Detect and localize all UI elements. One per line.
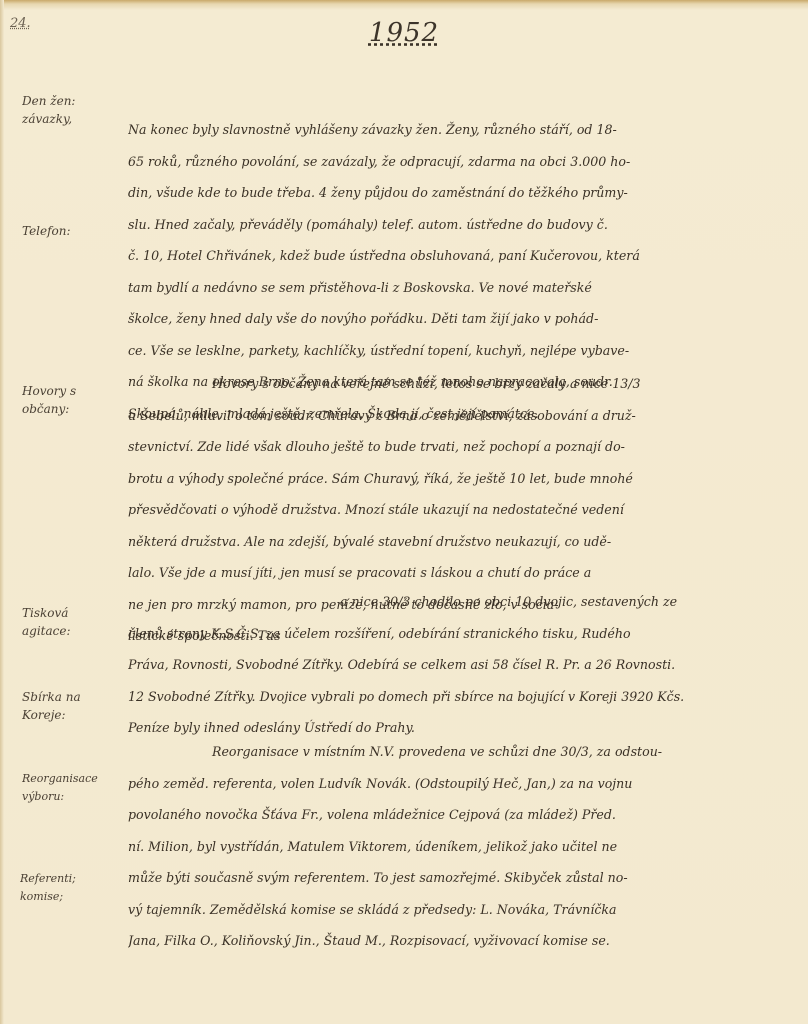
text-line: a nice 30/3 chodilo po obci 10 dvojic, s… xyxy=(128,586,764,618)
text-line: přesvědčovati o výhodě družstva. Mnozí s… xyxy=(128,494,764,526)
paragraph-tiskova-agitace: a nice 30/3 chodilo po obci 10 dvojic, s… xyxy=(128,586,764,744)
text-line: Jana, Filka O., Koliňovský Jin., Štaud M… xyxy=(128,925,764,957)
text-line: č. 10, Hotel Chřivánek, kdež bude ústřed… xyxy=(128,240,764,272)
margin-note-line: Den žen: xyxy=(22,92,122,110)
margin-note-line: Referenti; xyxy=(20,870,120,888)
text-line: tam bydlí a nedávno se sem přistěhova-li… xyxy=(128,272,764,304)
margin-note-hovory: Hovory s občany: xyxy=(22,382,122,418)
text-line: Práva, Rovnosti, Svobodné Zítřky. Odebír… xyxy=(128,649,764,681)
text-line: Reorganisace v místním N.V. provedena ve… xyxy=(128,736,764,768)
text-line: Na konec byly slavnostně vyhlášeny závaz… xyxy=(128,114,764,146)
margin-note-tiskova-agitace: Tisková agitace: xyxy=(22,604,122,640)
margin-note-line: závazky, xyxy=(22,110,122,128)
text-line: povolaného novočka Šťáva Fr., volena mlá… xyxy=(128,799,764,831)
paragraph-reorganisace: Reorganisace v místním N.V. provedena ve… xyxy=(128,736,764,957)
text-line: vý tajemník. Zemědělská komise se skládá… xyxy=(128,894,764,926)
margin-note-line: výboru: xyxy=(22,788,122,806)
margin-note-telefon: Telefon: xyxy=(22,222,122,240)
text-line: školce, ženy hned daly vše do novýho poř… xyxy=(128,303,764,335)
text-line: u Šebelů, mluvil o tom soudr. Churavý z … xyxy=(128,400,764,432)
notebook-page: 24. 1952 Den žen: závazky, Telefon: Hovo… xyxy=(0,0,808,1024)
margin-note-line: občany: xyxy=(22,400,122,418)
text-line: Hovory s občany na veřejné schůzi, letos… xyxy=(128,368,764,400)
text-line: din, všude kde to bude třeba. 4 ženy půj… xyxy=(128,177,764,209)
text-line: ce. Vše se lesklne, parkety, kachlíčky, … xyxy=(128,335,764,367)
text-line: stevnictví. Zde lidé však dlouho ještě t… xyxy=(128,431,764,463)
page-edge xyxy=(0,0,4,1024)
margin-note-sbirka-korea: Sbírka na Koreje: xyxy=(22,688,122,724)
margin-note-line: agitace: xyxy=(22,622,122,640)
margin-note-line: Reorganisace xyxy=(22,770,122,788)
margin-note-line: Sbírka na xyxy=(22,688,122,706)
margin-note-line: Tisková xyxy=(22,604,122,622)
margin-note-reorganisace: Reorganisace výboru: xyxy=(22,770,122,806)
text-line: některá družstva. Ale na zdejší, bývalé … xyxy=(128,526,764,558)
text-line: může býti současně svým referentem. To j… xyxy=(128,862,764,894)
text-line: brotu a výhody společné práce. Sám Chura… xyxy=(128,463,764,495)
text-line: 12 Svobodné Zítřky. Dvojice vybrali po d… xyxy=(128,681,764,713)
text-line: 65 roků, různého povolání, se zavázaly, … xyxy=(128,146,764,178)
margin-note-line: Koreje: xyxy=(22,706,122,724)
text-line: členů strany K.S.Č.S. za účelem rozšířen… xyxy=(128,618,764,650)
page-title-year: 1952 xyxy=(0,18,808,48)
text-line: lalo. Vše jde a musí jíti, jen musí se p… xyxy=(128,557,764,589)
margin-note-referenti: Referenti; komise; xyxy=(20,870,120,906)
text-line: ní. Milion, byl vystřídán, Matulem Vikto… xyxy=(128,831,764,863)
margin-note-den-zen: Den žen: závazky, xyxy=(22,92,122,128)
text-line: pého zeměd. referenta, volen Ludvík Nová… xyxy=(128,768,764,800)
margin-note-line: Telefon: xyxy=(22,222,122,240)
text-line: slu. Hned začaly, převáděly (pomáhaly) t… xyxy=(128,209,764,241)
margin-note-line: Hovory s xyxy=(22,382,122,400)
margin-note-line: komise; xyxy=(20,888,120,906)
